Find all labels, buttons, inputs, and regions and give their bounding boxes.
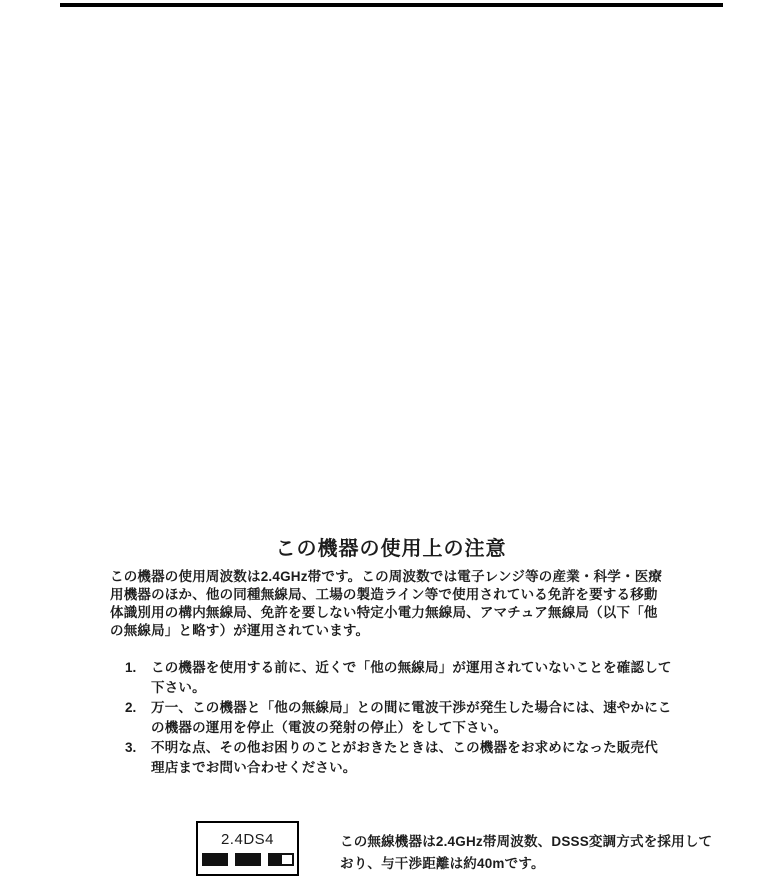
notice-list: 1. この機器を使用する前に、近くで「他の無線局」が運用されていないことを確認し…	[125, 658, 725, 778]
notice-item-1-text: この機器を使用する前に、近くで「他の無線局」が運用されていないことを確認して下さ…	[151, 658, 725, 698]
certification-mark-bars	[202, 853, 294, 866]
certification-description: この無線機器は2.4GHz帯周波数、DSSS変調方式を採用しており、与干渉距離は…	[340, 831, 750, 875]
notice-intro-paragraph: この機器の使用周波数は2.4GHz帯です。この周波数では電子レンジ等の産業・科学…	[110, 568, 710, 640]
notice-title: この機器の使用上の注意	[0, 532, 782, 561]
notice-item-1-number: 1.	[125, 658, 151, 678]
notice-item-1: 1. この機器を使用する前に、近くで「他の無線局」が運用されていないことを確認し…	[125, 658, 725, 698]
page-top-rule	[60, 3, 723, 7]
notice-item-2-text: 万一、この機器と「他の無線局」との間に電波干渉が発生した場合には、速やかにこの機…	[151, 698, 725, 738]
mark-bar-partial	[268, 853, 294, 866]
notice-item-3: 3. 不明な点、その他お困りのことがおきたときは、この機器をお求めになった販売代…	[125, 738, 725, 778]
notice-item-2: 2. 万一、この機器と「他の無線局」との間に電波干渉が発生した場合には、速やかに…	[125, 698, 725, 738]
notice-item-2-number: 2.	[125, 698, 151, 718]
mark-bar-solid-1	[202, 853, 228, 866]
mark-bar-partial-fill	[270, 855, 283, 864]
notice-item-3-text: 不明な点、その他お困りのことがおきたときは、この機器をお求めになった販売代理店ま…	[151, 738, 725, 778]
certification-mark-box: 2.4DS4	[196, 821, 299, 876]
mark-bar-partial-empty	[282, 855, 291, 864]
manual-page: この機器の使用上の注意 この機器の使用周波数は2.4GHz帯です。この周波数では…	[0, 0, 782, 884]
mark-bar-solid-2	[235, 853, 261, 866]
notice-item-3-number: 3.	[125, 738, 151, 758]
certification-mark-label: 2.4DS4	[221, 831, 274, 849]
